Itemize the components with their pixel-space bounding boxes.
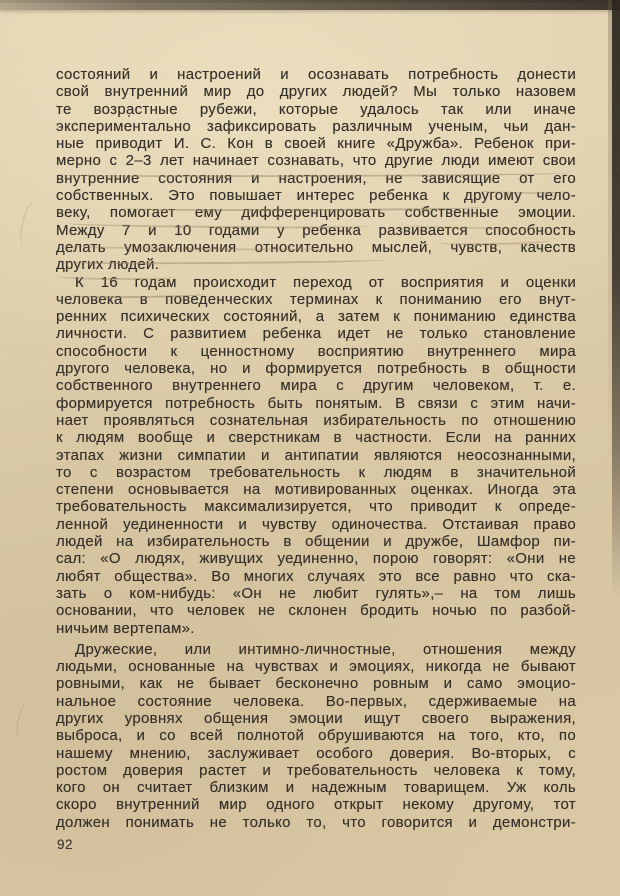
text-line: должен понимать не только то, что говори… xyxy=(56,814,576,831)
text-line: другого человека, но и формируется потре… xyxy=(56,360,576,377)
text-line: способности к ценностному восприятию вну… xyxy=(56,343,576,360)
text-line: свой внутренний мир до других людей? Мы … xyxy=(56,83,576,100)
scan-right-edge-shadow xyxy=(608,0,612,520)
text-line: экспериментально зафиксировать различным… xyxy=(56,118,576,135)
page-number: 92 xyxy=(57,837,73,852)
text-line: то с возрастом требовательность к людям … xyxy=(56,464,576,481)
paper-speck xyxy=(614,152,617,155)
scan-top-edge xyxy=(0,0,620,10)
text-line: мерно с 2–3 лет начинает сознавать, что … xyxy=(56,152,576,169)
scanned-book-page: состояний и настроений и осознавать потр… xyxy=(0,0,620,896)
scan-right-edge xyxy=(612,0,620,600)
paper-scratch xyxy=(13,699,37,741)
text-line: Дружеские, или интимно-личностные, отнош… xyxy=(56,641,576,658)
text-line: ничьим вертепам». xyxy=(56,620,576,637)
text-line: ные приводит И. С. Кон в своей книге «Др… xyxy=(56,135,576,152)
text-line: других уровнях общения эмоции ищут своег… xyxy=(56,710,576,727)
text-line: зать о ком-нибудь: «Он не любит гулять»,… xyxy=(56,585,576,602)
text-line: основании, что человек не склонен бродит… xyxy=(56,602,576,619)
text-line: ренних психических состояний, а затем к … xyxy=(56,308,576,325)
text-line: сал: «О людях, живущих уединенно, порою … xyxy=(56,550,576,567)
text-line: К 16 годам происходит переход от восприя… xyxy=(56,274,576,291)
text-line: личности. С развитием ребенка идет не то… xyxy=(56,325,576,342)
text-line: других людей. xyxy=(56,256,576,273)
paragraph: состояний и настроений и осознавать потр… xyxy=(56,66,576,274)
text-line: нает проявляться сознательная избиратель… xyxy=(56,412,576,429)
text-line: выброса, и со всей полнотой обрушиваются… xyxy=(56,727,576,744)
text-line: людей на избирательность в общении и дру… xyxy=(56,533,576,550)
text-block: состояний и настроений и осознавать потр… xyxy=(56,66,576,831)
text-line: ленной уединенности и чувству одиночеств… xyxy=(56,516,576,533)
text-line: веку, помогает ему дифференцировать собс… xyxy=(56,204,576,221)
text-line: нальное состояние человека. Во-первых, с… xyxy=(56,693,576,710)
text-line: ростом доверия растет и требовательность… xyxy=(56,762,576,779)
text-line: нашему мнению, заслуживает особого довер… xyxy=(56,745,576,762)
text-line: те возрастные рубежи, которые удалось та… xyxy=(56,101,576,118)
text-line: скоро внутренний мир одного открыт неком… xyxy=(56,796,576,813)
text-line: к людям вообще и сверстникам в частности… xyxy=(56,429,576,446)
text-line: человека в поведенческих терминах к пони… xyxy=(56,291,576,308)
text-line: внутренние состояния и настроения, не за… xyxy=(56,170,576,187)
text-line: формируется потребность быть понятым. В … xyxy=(56,395,576,412)
text-line: собственных. Это повышает интерес ребенк… xyxy=(56,187,576,204)
text-line: степени основывается на мотивированных о… xyxy=(56,481,576,498)
paragraph: Дружеские, или интимно-личностные, отнош… xyxy=(56,641,576,831)
paper-scratch xyxy=(16,199,44,250)
text-line: ровными, как не бывает бесконечно ровным… xyxy=(56,675,576,692)
text-line: требовательность максимализируется, что … xyxy=(56,498,576,515)
text-line: кого он считает близким и надежным товар… xyxy=(56,779,576,796)
text-line: делать умозаключения относительно мыслей… xyxy=(56,239,576,256)
text-line: людьми, основанные на чувствах и эмоциях… xyxy=(56,658,576,675)
text-line: Между 7 и 10 годами у ребенка развиваетс… xyxy=(56,222,576,239)
paragraph: К 16 годам происходит переход от восприя… xyxy=(56,274,576,637)
text-line: собственного внутреннего мира с другим ч… xyxy=(56,377,576,394)
text-line: любят общества». Во многих случаях это в… xyxy=(56,568,576,585)
paper-speck xyxy=(615,173,618,176)
text-line: состояний и настроений и осознавать потр… xyxy=(56,66,576,83)
text-line: этапах жизни симпатии и антипатии являют… xyxy=(56,447,576,464)
